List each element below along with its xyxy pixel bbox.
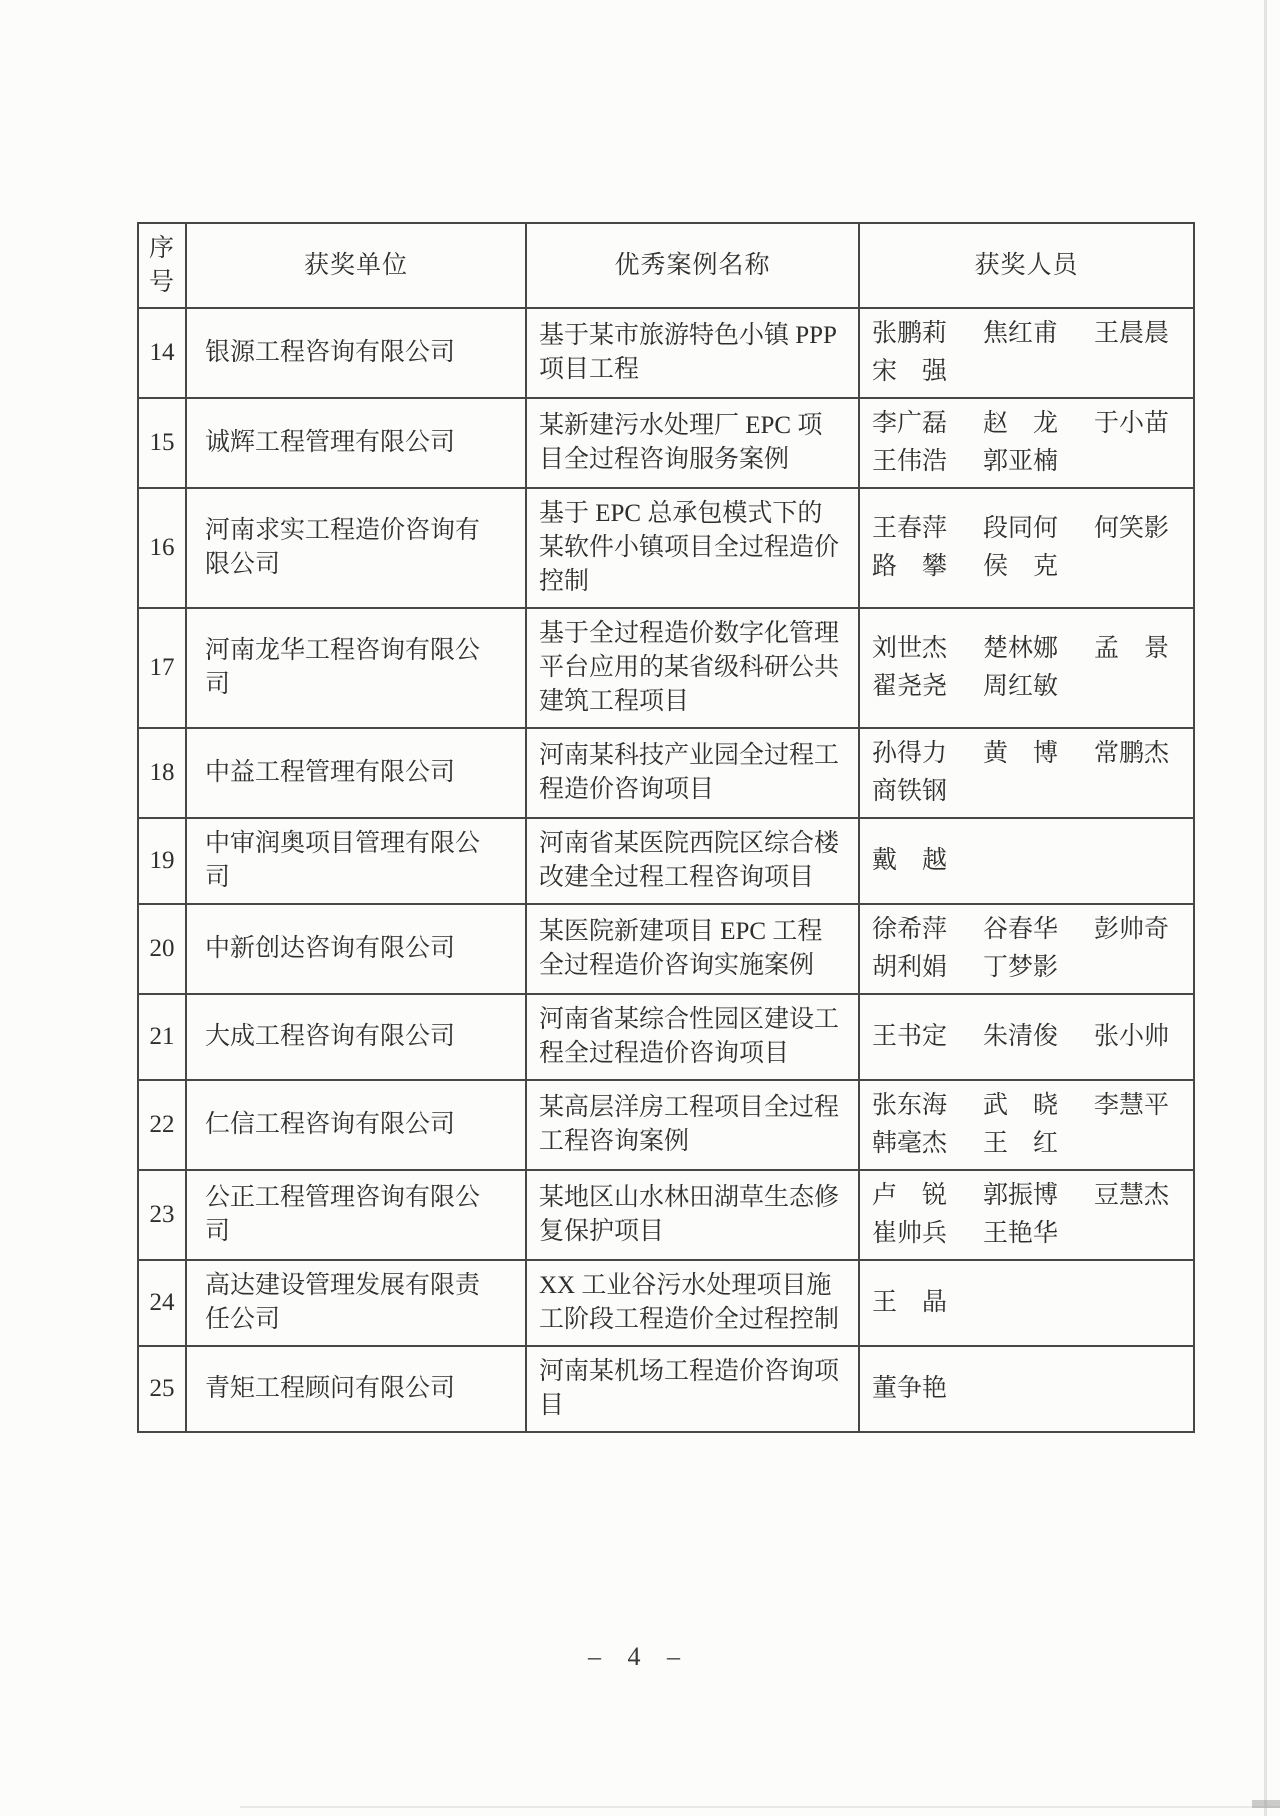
cell-no: 20: [138, 904, 186, 994]
personnel-name: 董争艳: [872, 1372, 947, 1406]
header-company: 获奖单位: [186, 223, 526, 308]
cell-company: 公正工程管理咨询有限公司: [186, 1170, 526, 1260]
table-row: 16 河南求实工程造价咨询有限公司 基于 EPC 总承包模式下的某软件小镇项目全…: [138, 488, 1194, 608]
cell-no: 14: [138, 308, 186, 398]
personnel-list: 董争艳: [872, 1372, 1181, 1406]
personnel-name: 焦红甫: [983, 317, 1058, 351]
personnel-name: 王伟浩: [872, 445, 947, 479]
cell-personnel: 董争艳: [859, 1346, 1194, 1432]
cell-no: 19: [138, 818, 186, 904]
personnel-name: 王 晶: [872, 1286, 947, 1320]
personnel-name: 张东海: [872, 1089, 947, 1123]
personnel-name: 王艳华: [983, 1217, 1058, 1251]
personnel-name: 孙得力: [872, 737, 947, 771]
cell-company: 仁信工程咨询有限公司: [186, 1080, 526, 1170]
personnel-name: 赵 龙: [983, 407, 1058, 441]
personnel-name: 丁梦影: [983, 951, 1058, 985]
table-row: 23 公正工程管理咨询有限公司 某地区山水林田湖草生态修复保护项目 卢 锐郭振博…: [138, 1170, 1194, 1260]
cell-company: 高达建设管理发展有限责任公司: [186, 1260, 526, 1346]
cell-company: 中新创达咨询有限公司: [186, 904, 526, 994]
personnel-name: 张鹏莉: [872, 317, 947, 351]
personnel-name: 李广磊: [872, 407, 947, 441]
personnel-name: 路 攀: [872, 550, 947, 584]
personnel-list: 张鹏莉焦红甫王晨晨宋 强: [872, 317, 1181, 389]
personnel-name: 豆慧杰: [1094, 1179, 1169, 1213]
personnel-name: 彭帅奇: [1094, 913, 1169, 947]
header-no: 序号: [138, 223, 186, 308]
personnel-name: 于小苗: [1094, 407, 1169, 441]
cell-personnel: 徐希萍谷春华彭帅奇胡利娟丁梦影: [859, 904, 1194, 994]
personnel-name: 郭振博: [983, 1179, 1058, 1213]
personnel-name: 李慧平: [1094, 1089, 1169, 1123]
cell-company: 大成工程咨询有限公司: [186, 994, 526, 1080]
cell-company: 青矩工程顾问有限公司: [186, 1346, 526, 1432]
personnel-name: 朱清俊: [983, 1020, 1058, 1054]
personnel-list: 戴 越: [872, 844, 1181, 878]
personnel-name: 宋 强: [872, 355, 947, 389]
table-row: 18 中益工程管理有限公司 河南某科技产业园全过程工程造价咨询项目 孙得力黄 博…: [138, 728, 1194, 818]
cell-company: 河南求实工程造价咨询有限公司: [186, 488, 526, 608]
cell-case: 基于全过程造价数字化管理平台应用的某省级科研公共建筑工程项目: [526, 608, 859, 728]
cell-personnel: 张东海武 晓李慧平韩毫杰王 红: [859, 1080, 1194, 1170]
scan-edge-corner: [1252, 1800, 1280, 1808]
personnel-name: 侯 克: [983, 550, 1058, 584]
cell-case: 河南某科技产业园全过程工程造价咨询项目: [526, 728, 859, 818]
personnel-name: 徐希萍: [872, 913, 947, 947]
scan-edge-right: [1264, 0, 1267, 1816]
cell-company: 诚辉工程管理有限公司: [186, 398, 526, 488]
cell-personnel: 王书定朱清俊张小帅: [859, 994, 1194, 1080]
cell-case: 某医院新建项目 EPC 工程全过程造价咨询实施案例: [526, 904, 859, 994]
personnel-name: 谷春华: [983, 913, 1058, 947]
personnel-list: 王春萍段同何何笑影路 攀侯 克: [872, 512, 1181, 584]
personnel-name: 王春萍: [872, 512, 947, 546]
table-row: 22 仁信工程咨询有限公司 某高层洋房工程项目全过程工程咨询案例 张东海武 晓李…: [138, 1080, 1194, 1170]
table-row: 15 诚辉工程管理有限公司 某新建污水处理厂 EPC 项目全过程咨询服务案例 李…: [138, 398, 1194, 488]
cell-personnel: 刘世杰楚林娜孟 景翟尧尧周红敏: [859, 608, 1194, 728]
personnel-name: 卢 锐: [872, 1179, 947, 1213]
cell-case: 基于某市旅游特色小镇 PPP 项目工程: [526, 308, 859, 398]
cell-personnel: 王 晶: [859, 1260, 1194, 1346]
table-row: 24 高达建设管理发展有限责任公司 XX 工业谷污水处理项目施工阶段工程造价全过…: [138, 1260, 1194, 1346]
personnel-list: 王 晶: [872, 1286, 1181, 1320]
personnel-name: 周红敏: [983, 670, 1058, 704]
personnel-name: 王书定: [872, 1020, 947, 1054]
cell-no: 15: [138, 398, 186, 488]
cell-no: 25: [138, 1346, 186, 1432]
personnel-name: 王晨晨: [1094, 317, 1169, 351]
cell-case: 河南省某医院西院区综合楼改建全过程工程咨询项目: [526, 818, 859, 904]
personnel-name: 商铁钢: [872, 775, 947, 809]
table-header-row: 序号 获奖单位 优秀案例名称 获奖人员: [138, 223, 1194, 308]
cell-personnel: 李广磊赵 龙于小苗王伟浩郭亚楠: [859, 398, 1194, 488]
personnel-name: 胡利娟: [872, 951, 947, 985]
cell-case: XX 工业谷污水处理项目施工阶段工程造价全过程控制: [526, 1260, 859, 1346]
personnel-list: 徐希萍谷春华彭帅奇胡利娟丁梦影: [872, 913, 1181, 985]
cell-no: 21: [138, 994, 186, 1080]
cell-personnel: 张鹏莉焦红甫王晨晨宋 强: [859, 308, 1194, 398]
cell-company: 中益工程管理有限公司: [186, 728, 526, 818]
cell-no: 24: [138, 1260, 186, 1346]
cell-personnel: 王春萍段同何何笑影路 攀侯 克: [859, 488, 1194, 608]
table-row: 21 大成工程咨询有限公司 河南省某综合性园区建设工程全过程造价咨询项目 王书定…: [138, 994, 1194, 1080]
cell-no: 17: [138, 608, 186, 728]
personnel-name: 戴 越: [872, 844, 947, 878]
table-body: 14 银源工程咨询有限公司 基于某市旅游特色小镇 PPP 项目工程 张鹏莉焦红甫…: [138, 308, 1194, 1432]
cell-case: 某高层洋房工程项目全过程工程咨询案例: [526, 1080, 859, 1170]
table-row: 19 中审润奥项目管理有限公司 河南省某医院西院区综合楼改建全过程工程咨询项目 …: [138, 818, 1194, 904]
table-row: 14 银源工程咨询有限公司 基于某市旅游特色小镇 PPP 项目工程 张鹏莉焦红甫…: [138, 308, 1194, 398]
personnel-name: 翟尧尧: [872, 670, 947, 704]
personnel-name: 楚林娜: [983, 632, 1058, 666]
header-personnel: 获奖人员: [859, 223, 1194, 308]
personnel-list: 李广磊赵 龙于小苗王伟浩郭亚楠: [872, 407, 1181, 479]
personnel-name: 武 晓: [983, 1089, 1058, 1123]
personnel-list: 王书定朱清俊张小帅: [872, 1020, 1181, 1054]
cell-no: 22: [138, 1080, 186, 1170]
personnel-name: 韩毫杰: [872, 1127, 947, 1161]
table-row: 17 河南龙华工程咨询有限公司 基于全过程造价数字化管理平台应用的某省级科研公共…: [138, 608, 1194, 728]
cell-case: 河南某机场工程造价咨询项目: [526, 1346, 859, 1432]
personnel-name: 常鹏杰: [1094, 737, 1169, 771]
personnel-list: 孙得力黄 博常鹏杰商铁钢: [872, 737, 1181, 809]
personnel-name: 段同何: [983, 512, 1058, 546]
header-case-name: 优秀案例名称: [526, 223, 859, 308]
personnel-name: 张小帅: [1094, 1020, 1169, 1054]
scan-edge-bottom: [240, 1806, 1280, 1808]
page-number: – 4 –: [0, 1642, 1270, 1672]
cell-company: 中审润奥项目管理有限公司: [186, 818, 526, 904]
personnel-name: 孟 景: [1094, 632, 1169, 666]
cell-case: 基于 EPC 总承包模式下的某软件小镇项目全过程造价控制: [526, 488, 859, 608]
personnel-name: 黄 博: [983, 737, 1058, 771]
cell-personnel: 卢 锐郭振博豆慧杰崔帅兵王艳华: [859, 1170, 1194, 1260]
personnel-name: 何笑影: [1094, 512, 1169, 546]
personnel-name: 崔帅兵: [872, 1217, 947, 1251]
award-table: 序号 获奖单位 优秀案例名称 获奖人员 14 银源工程咨询有限公司 基于某市旅游…: [137, 222, 1195, 1433]
cell-no: 18: [138, 728, 186, 818]
personnel-name: 郭亚楠: [983, 445, 1058, 479]
cell-personnel: 戴 越: [859, 818, 1194, 904]
personnel-list: 刘世杰楚林娜孟 景翟尧尧周红敏: [872, 632, 1181, 704]
cell-company: 银源工程咨询有限公司: [186, 308, 526, 398]
table-row: 20 中新创达咨询有限公司 某医院新建项目 EPC 工程全过程造价咨询实施案例 …: [138, 904, 1194, 994]
cell-no: 23: [138, 1170, 186, 1260]
cell-case: 某地区山水林田湖草生态修复保护项目: [526, 1170, 859, 1260]
personnel-list: 卢 锐郭振博豆慧杰崔帅兵王艳华: [872, 1179, 1181, 1251]
personnel-name: 王 红: [983, 1127, 1058, 1161]
cell-company: 河南龙华工程咨询有限公司: [186, 608, 526, 728]
table-row: 25 青矩工程顾问有限公司 河南某机场工程造价咨询项目 董争艳: [138, 1346, 1194, 1432]
cell-no: 16: [138, 488, 186, 608]
scanned-page: 序号 获奖单位 优秀案例名称 获奖人员 14 银源工程咨询有限公司 基于某市旅游…: [0, 0, 1280, 1816]
cell-personnel: 孙得力黄 博常鹏杰商铁钢: [859, 728, 1194, 818]
personnel-name: 刘世杰: [872, 632, 947, 666]
personnel-list: 张东海武 晓李慧平韩毫杰王 红: [872, 1089, 1181, 1161]
cell-case: 河南省某综合性园区建设工程全过程造价咨询项目: [526, 994, 859, 1080]
cell-case: 某新建污水处理厂 EPC 项目全过程咨询服务案例: [526, 398, 859, 488]
